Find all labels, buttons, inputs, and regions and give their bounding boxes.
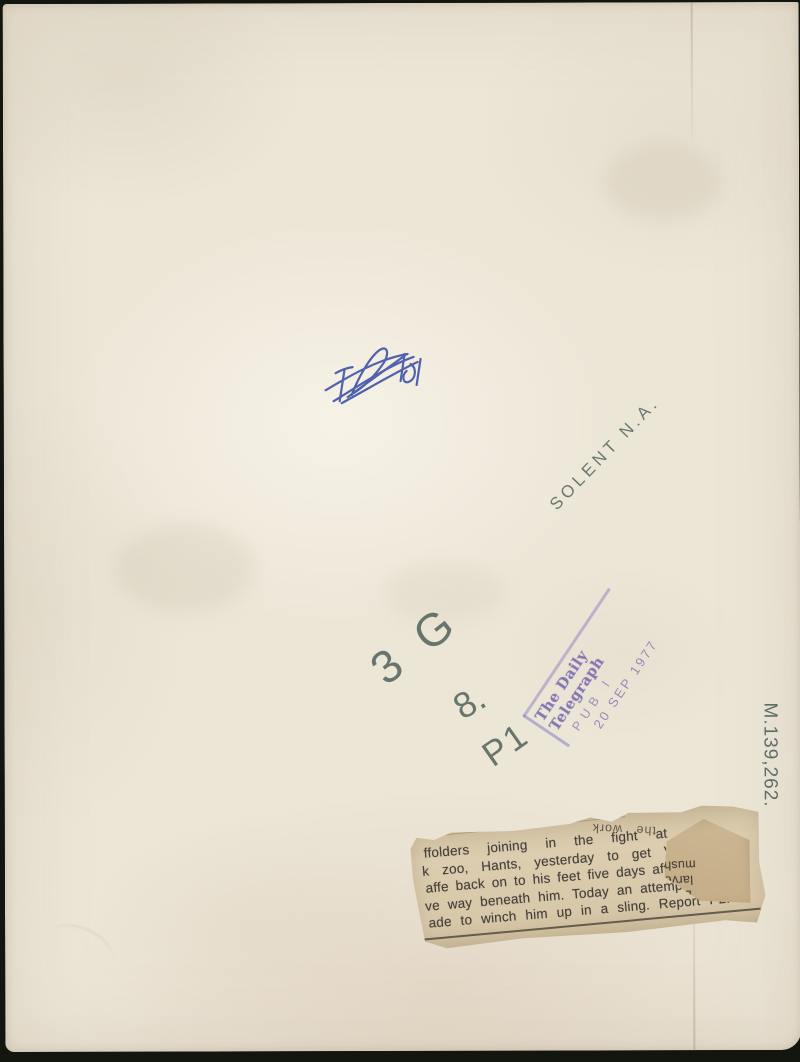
photo-paper: SOLENT N.A. 3 G 8. P1 M.139,262. The Dai…	[3, 2, 800, 1052]
reference-number-handwriting: M.139,262.	[758, 690, 780, 820]
blue-pen-scribble	[313, 333, 433, 417]
date-stamp: The Daily Telegraph PUB I 20 SEP 1977	[512, 578, 700, 781]
photo-back-scan: SOLENT N.A. 3 G 8. P1 M.139,262. The Dai…	[0, 0, 800, 1062]
agency-credit-handwriting: SOLENT N.A.	[546, 393, 664, 515]
paper-stain	[114, 523, 254, 613]
paper-stain	[603, 142, 723, 222]
pencil-mark-2: 8.	[446, 677, 493, 728]
paper-crease-corner	[40, 915, 121, 981]
